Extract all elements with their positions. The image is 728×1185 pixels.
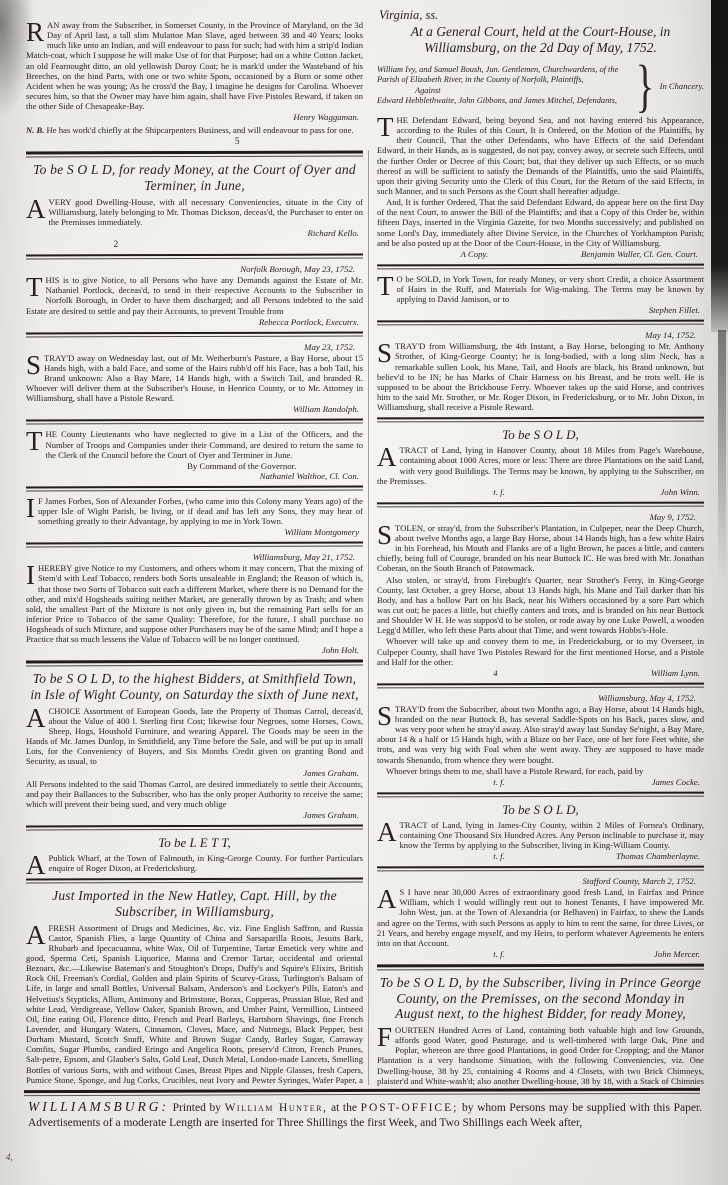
plaintiffs: William Ivy, and Samuel Boush, Jun. Gent… [377,65,633,86]
signature-row: 4 William Lynn. [377,668,700,678]
order-body-2: And, It is further Ordered, That the sai… [377,197,704,248]
drop-cap: F [377,1025,395,1047]
insertion-number: 4 [493,668,497,678]
section-rule [377,263,704,269]
chancery-label: In Chancery. [660,81,704,91]
imprint-rule [24,1088,700,1096]
section-rule [26,254,363,260]
section-rule [26,878,363,884]
ad-heading: To be S O L D, [377,802,704,818]
section-rule [26,485,363,491]
drop-cap: T [26,275,46,297]
till-forbid-mark: t. f. [493,851,505,861]
margin-mark: 4, [6,1152,13,1162]
section-rule [26,151,363,158]
ad-body-text: TRACT of Land, lying in James-City Count… [400,820,705,850]
ad-jamescity-land-tract: To be S O L D, ATRACT of Land, lying in … [377,802,704,861]
section-rule [26,331,363,337]
signature: John Winn. [660,487,700,497]
ad-wharf-to-lett: To be L E T T, APublick Wharf, at the To… [26,835,363,873]
drop-cap: A [26,853,49,875]
imprint-post-office: POST-OFFICE; [361,1102,459,1114]
section-rule [377,501,704,507]
newspaper-page: RAN away from the Subscriber, in Somerse… [0,0,728,1185]
nb-label: N. B. [26,125,44,135]
defendants: Edward Hebblethwaite, John Gibbons, and … [377,96,633,107]
drop-cap: I [26,496,38,518]
dateline: May 23, 1752. [26,342,355,352]
ad-heading: To be S O L D, [377,427,704,443]
against-label: Against [415,86,633,97]
signature: John Mercer. [654,949,700,959]
signature: William Montgomery [26,527,359,537]
order-body-1: HE Defendant Edward, being beyond Sea, a… [377,115,704,196]
ad-drugs-imported-carter: Just Imported in the New Hatley, Capt. H… [26,888,363,1086]
ad-general-court-order: Virginia, ss. At a General Court, held a… [377,8,704,259]
ad-body-text: HE County Lieutenants who have neglected… [46,429,364,459]
dateline: Williamsburg, May 4, 1752. [377,693,696,703]
section-rule [377,791,704,797]
drop-cap: R [26,20,47,42]
dateline: May 9, 1752. [377,512,696,522]
till-forbid-mark: t. f. [493,487,505,497]
court-case-parties: William Ivy, and Samuel Boush, Jun. Gent… [377,60,704,112]
brace-glyph: } [636,60,654,112]
ad-wig-hairs-sale: TO be SOLD, in York Town, for ready Mone… [377,274,704,315]
imprint-town: WILLIAMSBURG: [28,1099,169,1114]
signature: Rebecca Portlock, Executrx. [26,317,359,327]
signature: William Lynn. [651,668,700,678]
ad-princegeorge-plantation-sale: To be S O L D, by the Subscriber, living… [377,975,704,1086]
copy-attestation: A Copy. Benjamin Waller, Cl. Gen. Court. [377,249,698,259]
imprint-printed-by: Printed by [173,1102,221,1114]
drop-cap: S [377,704,395,726]
till-forbid-mark: t. f. [493,949,505,959]
signature: Richard Kello. [26,228,359,238]
dateline: Norfolk Borough, May 23, 1752. [26,264,355,274]
drop-cap: A [26,197,49,219]
drop-cap: A [377,887,400,909]
drop-cap: A [26,706,49,728]
byline: By Command of the Governor. [120,461,363,471]
signature: Benjamin Waller, Cl. Gen. Court. [581,249,698,259]
ad-body-text: TRAY'D from Williamsburg, the 4th Instan… [377,341,704,412]
ad-body-text: O be SOLD, in York Town, for ready Money… [397,274,705,304]
ad-body-text: F James Forbes, Son of Alexander Forbes,… [38,496,363,526]
signature: Stephen Fillet. [377,305,700,315]
ad-body-text: HEREBY give Notice to my Customers, and … [26,563,363,644]
section-rule [377,320,704,326]
ad-body-text: TRAY'D from the Subscriber, about two Mo… [377,704,704,765]
insertion-number: 2 [114,239,363,249]
imprint-at-the: at the [331,1102,357,1114]
ad-heading: To be S O L D, by the Subscriber, living… [379,975,702,1022]
ad-body-text: AN away from the Subscriber, in Somerset… [26,20,363,111]
left-column: RAN away from the Subscriber, in Somerse… [26,20,363,1086]
ad-heading: To be S O L D, for ready Money, at the C… [28,162,361,193]
signature: James Cocke. [652,777,700,787]
section-rule [26,660,363,667]
section-rule [377,682,704,688]
signature: Henry Waggaman. [26,112,359,122]
jurisdiction-line: Virginia, ss. [379,8,704,23]
till-forbid-mark: t. f. [493,777,505,787]
ad-body-text-3: Whoever will take up and convey them to … [377,636,704,666]
ad-dwelling-house-sale: To be S O L D, for ready Money, at the C… [26,162,363,249]
ad-portlock-estate-notice: Norfolk Borough, May 23, 1752. THIS is t… [26,264,363,327]
ad-tobacco-notice-holt: Williamsburg, May 21, 1752. IHEREBY give… [26,552,363,655]
ad-heading: To be S O L D, to the highest Bidders, a… [28,671,361,702]
ad-strayed-horse-randolph: May 23, 1752. STRAY'D away on Wednesday … [26,342,363,415]
ad-body-text-2: Also stolen, or stray'd, from Firebugh's… [377,575,704,636]
ad-body-text: OURTEEN Hundred Acres of Land, containin… [377,1025,704,1086]
ad-hanover-land-tract: To be S O L D, ATRACT of Land, lying in … [377,427,704,497]
drop-cap: A [377,820,400,842]
ad-body-text: CHOICE Assortment of European Goods, lat… [26,706,363,767]
dateline: Williamsburg, May 21, 1752. [26,552,355,562]
right-column: Virginia, ss. At a General Court, held a… [377,8,704,1086]
ad-body-text: TOLEN, or stray'd, from the Subscriber's… [377,523,704,574]
court-heading: At a General Court, held at the Court-Ho… [377,24,704,56]
ad-body-text: S I have near 30,000 Acres of extraordin… [377,887,704,948]
signature-row: t. f. John Mercer. [377,949,700,959]
signature: William Randolph. [26,404,359,414]
ad-body-text: TRAY'D away on Wednesday last, out of Mr… [26,353,363,404]
column-divider-rule [368,150,369,1085]
ad-body-text: HIS is to give Notice, to all Persons wh… [26,275,363,315]
ad-runaway-slave: RAN away from the Subscriber, in Somerse… [26,20,363,146]
ad-heading: To be L E T T, [26,835,363,851]
drop-cap: S [377,341,395,363]
copy-label: A Copy. [460,249,488,259]
section-rule [377,417,704,423]
printer-imprint: WILLIAMSBURG: Printed by William Hunter,… [28,1098,702,1131]
ad-strayed-horses-cocke: Williamsburg, May 4, 1752. STRAY'D from … [377,693,704,787]
signature: Thomas Chamberlayne. [616,851,700,861]
signature: John Holt. [26,645,359,655]
nb-text: He has work'd chiefly at the Shipcarpent… [47,125,354,135]
ad-body-text: FRESH Assortment of Drugs and Medicines,… [26,923,363,1086]
compositor-mark: 5 [235,136,363,146]
ad-stolen-horses-lynn: May 9, 1752. STOLEN, or stray'd, from th… [377,512,704,678]
drop-cap: S [377,523,395,545]
signature-row: t. f. James Cocke. [377,777,700,787]
signature: James Graham. [26,768,359,778]
drop-cap: T [377,274,397,296]
ad-smithfield-auction: To be S O L D, to the highest Bidders, a… [26,671,363,820]
ad-forbes-inheritance-notice: IF James Forbes, Son of Alexander Forbes… [26,496,363,537]
drop-cap: A [26,923,49,945]
section-rule [377,964,704,971]
drop-cap: S [26,353,44,375]
scan-edge-shadow-lower [718,330,726,580]
dateline: Stafford County, March 2, 1752. [377,876,696,886]
section-rule [377,866,704,872]
ad-body-text-2: All Persons indebted to the said Thomas … [26,779,363,809]
section-rule [26,825,363,831]
signature: Nathaniel Walthoe, Cl. Con. [26,471,359,481]
ad-body-text: VERY good Dwelling-House, with all neces… [49,197,364,227]
dateline: May 14, 1752. [377,330,696,340]
section-rule [26,419,363,425]
imprint-printer-name: William Hunter, [225,1102,328,1114]
parties-text: William Ivy, and Samuel Boush, Jun. Gent… [377,65,633,107]
ad-body-text-2: Whoever brings them to me, shall have a … [377,766,704,776]
ad-heading: Just Imported in the New Hatley, Capt. H… [28,888,361,919]
drop-cap: A [377,445,400,467]
ad-body-text: TRACT of Land, lying in Hanover County, … [377,445,704,485]
ad-strayed-horse-strother: May 14, 1752. STRAY'D from Williamsburg,… [377,330,704,412]
drop-cap: T [26,429,46,451]
drop-cap: I [26,563,38,585]
drop-cap: T [377,115,397,137]
section-rule [26,542,363,548]
scan-edge-shadow [711,0,728,332]
signature: James Graham. [26,810,359,820]
ad-mercer-land-rental: Stafford County, March 2, 1752. AS I hav… [377,876,704,959]
ad-body-text: Publick Wharf, at the Town of Falmouth, … [49,853,364,873]
signature-row: t. f. Thomas Chamberlayne. [377,851,700,861]
signature-row: t. f. John Winn. [377,487,700,497]
ad-county-lieutenants-notice: THE County Lieutenants who have neglecte… [26,429,363,480]
